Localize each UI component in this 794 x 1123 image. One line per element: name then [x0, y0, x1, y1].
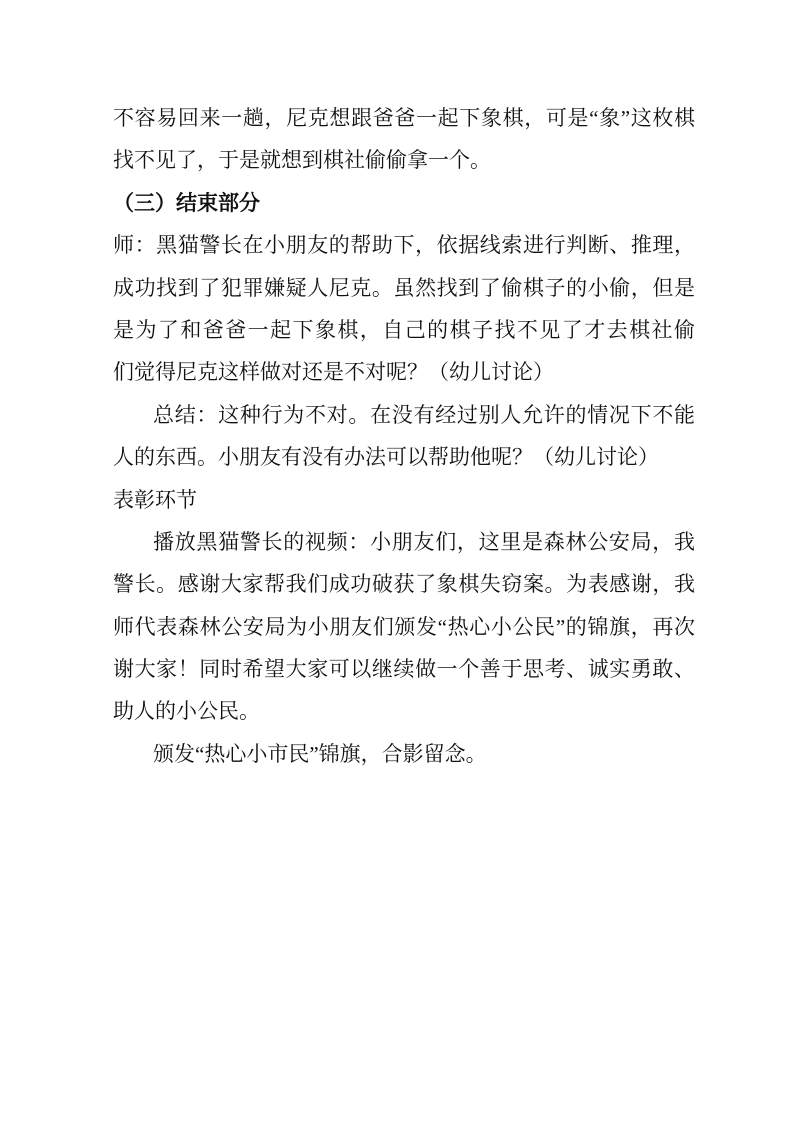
document-page: 不容易回来一趟，尼克想跟爸爸一起下象棋，可是“象”这枚棋子找不见了，于是就想到棋… [0, 0, 794, 1123]
text-line: 是为了和爸爸一起下象棋，自己的棋子找不见了才去棋社偷的。你 [113, 309, 695, 351]
text-line: 助人的小公民。 [113, 690, 695, 732]
text-line: 颁发“热心小市民”锦旗，合影留念。 [113, 733, 695, 775]
text-line: 找不见了，于是就想到棋社偷偷拿一个。 [113, 139, 695, 181]
paragraph-teacher-summary: 师：黑猫警长在小朋友的帮助下，依据线索进行判断、推理，最终成功找到了犯罪嫌疑人尼… [113, 224, 695, 394]
paragraph-story-continuation: 不容易回来一趟，尼克想跟爸爸一起下象棋，可是“象”这枚棋子找不见了，于是就想到棋… [113, 97, 695, 182]
text-line: 成功找到了犯罪嫌疑人尼克。虽然找到了偷棋子的小偷，但是尼克 [113, 267, 695, 309]
text-line: 不容易回来一趟，尼克想跟爸爸一起下象棋，可是“象”这枚棋子 [113, 97, 695, 139]
text-line: 人的东西。小朋友有没有办法可以帮助他呢？（幼儿讨论） [113, 436, 695, 478]
text-line: 总结：这种行为不对。在没有经过别人允许的情况下不能拿别 [113, 394, 695, 436]
heading-section-three-ending: （三）结束部分 [113, 182, 695, 224]
paragraph-conclusion: 总结：这种行为不对。在没有经过别人允许的情况下不能拿别人的东西。小朋友有没有办法… [113, 394, 695, 479]
text-line: 播放黑猫警长的视频：小朋友们，这里是森林公安局，我是熊猫 [113, 521, 695, 563]
text-line: 师：黑猫警长在小朋友的帮助下，依据线索进行判断、推理，最终 [113, 224, 695, 266]
paragraph-video-speech: 播放黑猫警长的视频：小朋友们，这里是森林公安局，我是熊猫警长。感谢大家帮我们成功… [113, 521, 695, 733]
text-line: 警长。感谢大家帮我们成功破获了象棋失窃案。为表感谢，我请老 [113, 563, 695, 605]
text-line: （三）结束部分 [113, 182, 695, 224]
document-body: 不容易回来一趟，尼克想跟爸爸一起下象棋，可是“象”这枚棋子找不见了，于是就想到棋… [113, 97, 695, 775]
text-line: 们觉得尼克这样做对还是不对呢？（幼儿讨论） [113, 351, 695, 393]
text-line: 表彰环节 [113, 479, 695, 521]
text-line: 师代表森林公安局为小朋友们颁发“热心小公民”的锦旗，再次感 [113, 606, 695, 648]
paragraph-banner-presentation: 颁发“热心小市民”锦旗，合影留念。 [113, 733, 695, 775]
text-line: 谢大家！同时希望大家可以继续做一个善于思考、诚实勇敢、乐于 [113, 648, 695, 690]
paragraph-commendation-heading: 表彰环节 [113, 479, 695, 521]
